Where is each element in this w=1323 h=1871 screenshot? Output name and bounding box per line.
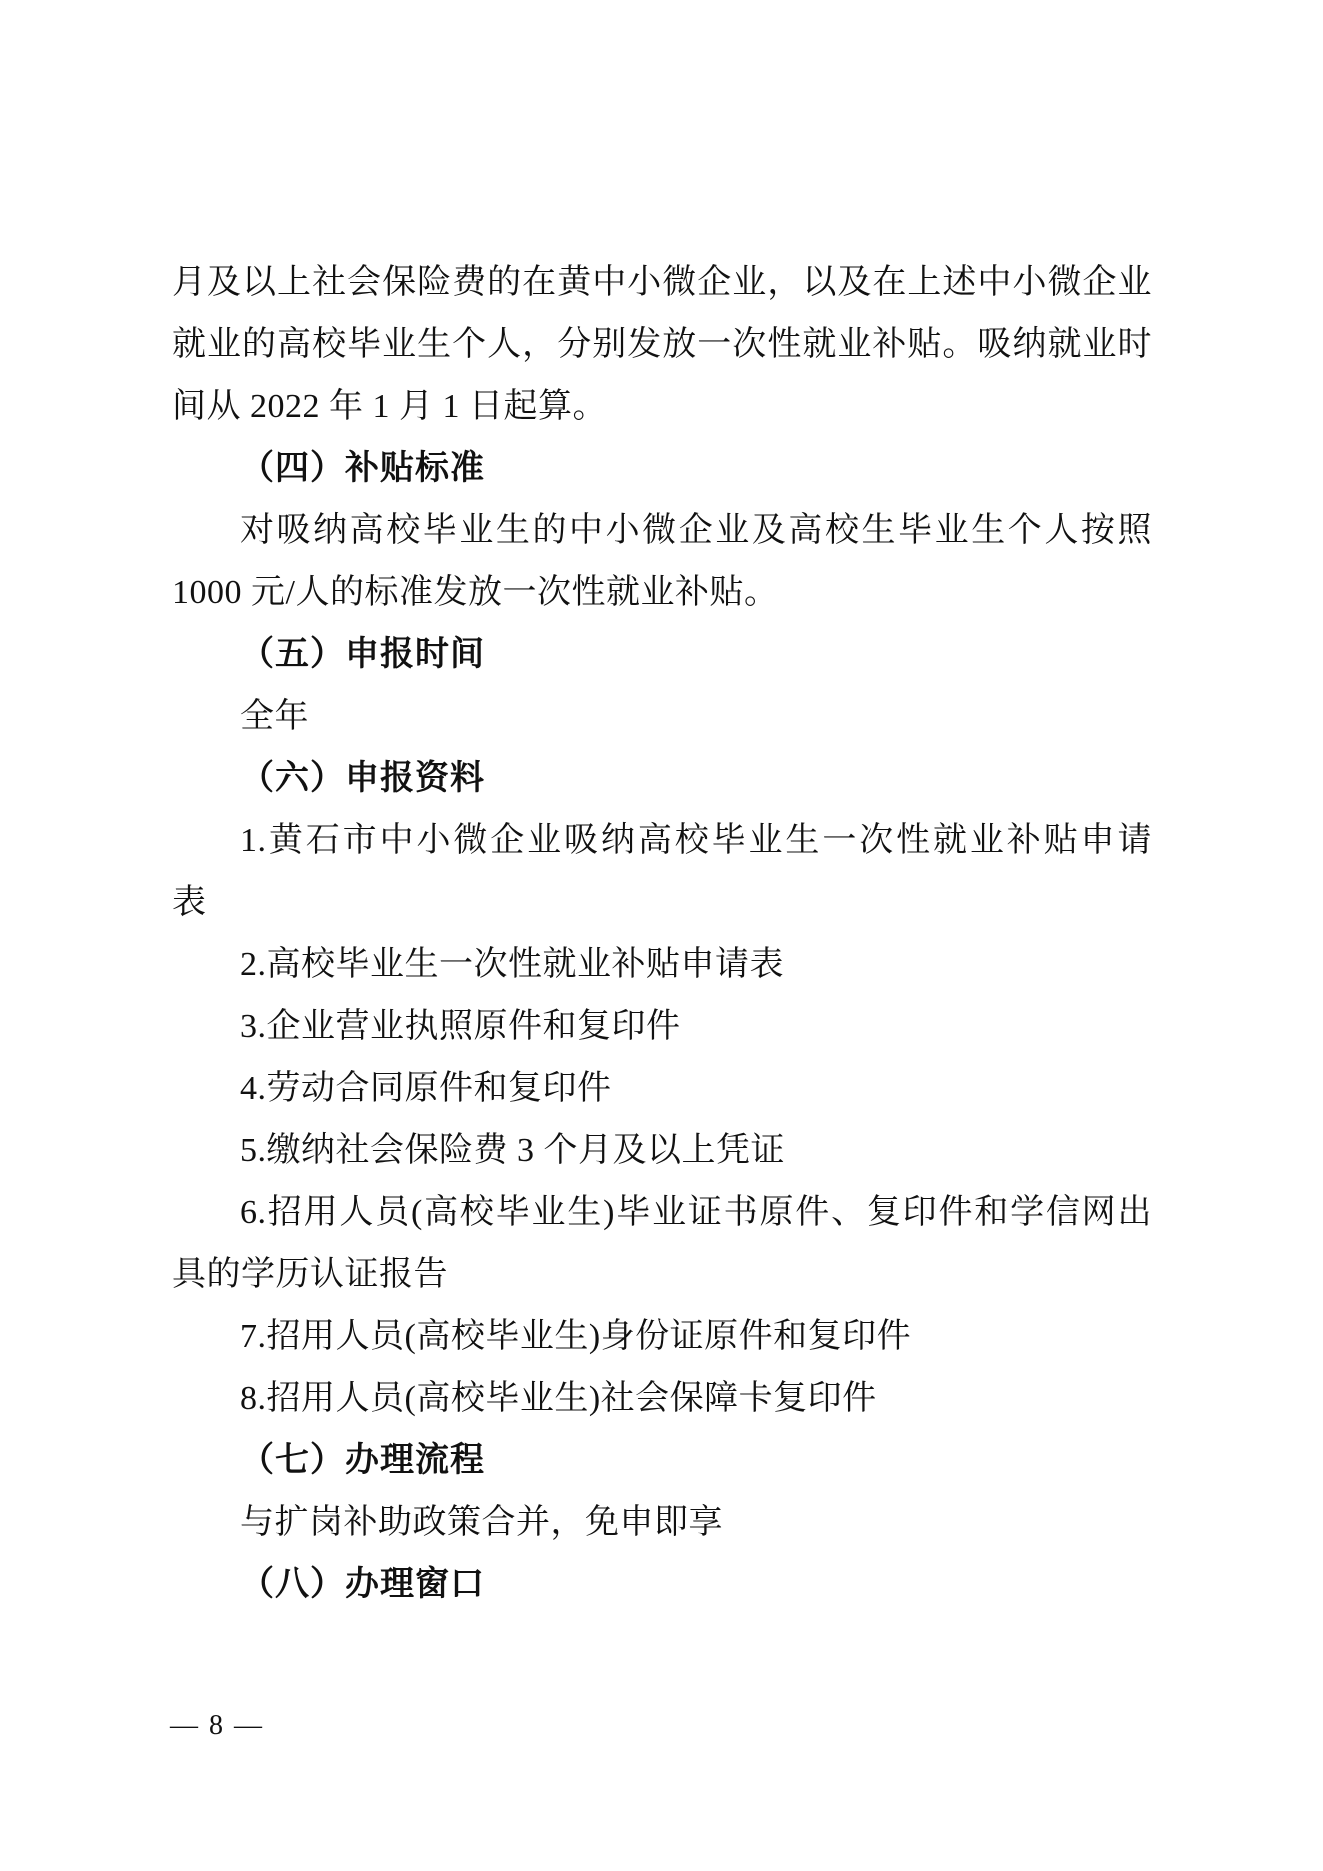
body-line: 对吸纳高校毕业生的中小微企业及高校生毕业生个人按照 [172,500,1152,562]
section-heading: （五）申报时间 [172,624,1152,686]
body-line: 月及以上社会保险费的在黄中小微企业，以及在上述中小微企业 [172,252,1152,314]
section-heading: （六）申报资料 [172,748,1152,810]
list-item: 7.招用人员(高校毕业生)身份证原件和复印件 [172,1306,1152,1368]
section-heading: （七）办理流程 [172,1430,1152,1492]
list-item: 8.招用人员(高校毕业生)社会保障卡复印件 [172,1368,1152,1430]
list-item: 1.黄石市中小微企业吸纳高校毕业生一次性就业补贴申请 [172,810,1152,872]
body-line: 就业的高校毕业生个人，分别发放一次性就业补贴。吸纳就业时 [172,314,1152,376]
body-line: 间从 2022 年 1 月 1 日起算。 [172,376,1152,438]
body-line: 与扩岗补助政策合并，免申即享 [172,1492,1152,1554]
document-body: 月及以上社会保险费的在黄中小微企业，以及在上述中小微企业 就业的高校毕业生个人，… [172,252,1152,1616]
list-item: 3.企业营业执照原件和复印件 [172,996,1152,1058]
body-line: 全年 [172,686,1152,748]
section-heading: （四）补贴标准 [172,438,1152,500]
list-item: 2.高校毕业生一次性就业补贴申请表 [172,934,1152,996]
list-item: 具的学历认证报告 [172,1244,1152,1306]
list-item: 4.劳动合同原件和复印件 [172,1058,1152,1120]
section-heading: （八）办理窗口 [172,1554,1152,1616]
body-line: 1000 元/人的标准发放一次性就业补贴。 [172,562,1152,624]
list-item: 表 [172,872,1152,934]
page-number: — 8 — [170,1706,264,1746]
list-item: 5.缴纳社会保险费 3 个月及以上凭证 [172,1120,1152,1182]
list-item: 6.招用人员(高校毕业生)毕业证书原件、复印件和学信网出 [172,1182,1152,1244]
document-page: 月及以上社会保险费的在黄中小微企业，以及在上述中小微企业 就业的高校毕业生个人，… [0,0,1323,1871]
